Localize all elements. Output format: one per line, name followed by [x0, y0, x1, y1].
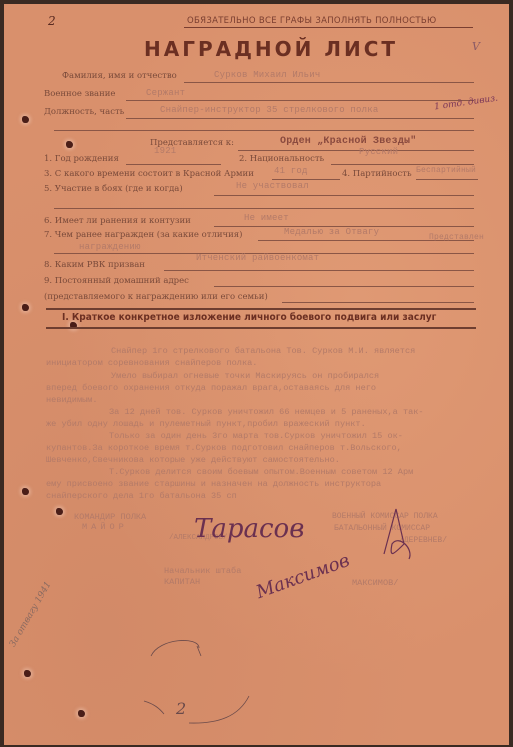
army-since-label: 3. С какого времени состоит в Красной Ар… — [44, 169, 254, 179]
party-label: 4. Партийность — [342, 169, 412, 179]
punch-hole — [22, 304, 29, 311]
commander-rank: МАЙОР — [82, 522, 128, 532]
narrative-line: За 12 дней тов. Сурков уничтожил 66 немц… — [109, 407, 424, 417]
position-handwritten-note: 1 отд. дивиз. — [434, 94, 499, 113]
punch-hole — [24, 670, 31, 677]
punch-hole — [56, 508, 63, 515]
army-since-line — [272, 179, 340, 180]
award-line — [238, 150, 474, 151]
page-number: 2 — [48, 14, 56, 28]
chief-of-staff-rank: КАПИТАН — [164, 577, 200, 587]
prior-awards-value: Медалью за Отвагу — [284, 227, 379, 237]
party-value: Беспартийный — [416, 166, 476, 175]
pencil-scribble — [139, 636, 259, 731]
prior-awards-extra: Представлен — [429, 233, 484, 242]
narrative-line: же убил одну лошадь и пулеметный пункт,п… — [46, 419, 366, 429]
army-since-value: 41 год — [274, 166, 308, 176]
position-value: Снайпер-инструктор 35 стрелкового полка — [160, 105, 378, 115]
narrative-line: вперед боевого охранения откуда поражал … — [46, 383, 376, 393]
narrative-line: Шевченко,Свечникова которые уже действую… — [46, 455, 340, 465]
address-line-2 — [282, 302, 474, 303]
narrative-line: Только за один день 3го марта тов.Сурков… — [109, 431, 403, 441]
name-label: Фамилия, имя и отчество — [62, 71, 177, 81]
prior-awards-label: 7. Чем ранее награжден (за какие отличия… — [44, 230, 242, 240]
punch-hole — [78, 710, 85, 717]
nationality-line — [331, 164, 474, 165]
chief-of-staff-signature: Максимов — [253, 550, 352, 603]
pencil-note: За отвагу 1941 — [8, 580, 54, 649]
rank-label: Военное звание — [44, 89, 115, 99]
draft-office-value: Итченский райвоенкомат — [196, 253, 319, 263]
birth-year-label: 1. Год рождения — [44, 154, 119, 164]
prior-awards-value-line2: награждению — [79, 242, 141, 252]
award-sheet: 2 ОБЯЗАТЕЛЬНО ВСЕ ГРАФЫ ЗАПОЛНЯТЬ ПОЛНОС… — [4, 4, 509, 745]
punch-hole — [22, 116, 29, 123]
nationality-value: Русский — [359, 147, 398, 157]
position-line-2 — [54, 130, 474, 131]
chief-of-staff-title: Начальник штаба — [164, 566, 241, 576]
birth-year-line — [126, 164, 221, 165]
narrative-line: невидимым. — [46, 395, 98, 405]
battles-value: Не участвовал — [236, 181, 309, 191]
address-label-2: (представляемого к награждению или его с… — [44, 292, 268, 302]
address-label: 9. Постоянный домашний адрес — [44, 276, 189, 286]
wounds-value: Не имеет — [244, 213, 289, 223]
section-title: I. Краткое конкретное изложение личного … — [62, 312, 436, 323]
commissar-signature — [374, 504, 434, 564]
commander-signature: Тарасов — [194, 514, 304, 544]
battles-label: 5. Участие в боях (где и когда) — [44, 184, 183, 194]
narrative-line: купантов.За короткое время т.Сурков подг… — [46, 443, 402, 453]
narrative-line: Умело выбирал огневые точки Маскируясь о… — [111, 371, 379, 381]
nationality-label: 2. Национальность — [239, 154, 324, 164]
section-rule-top — [46, 308, 476, 310]
commander-title: КОМАНДИР ПОЛКА — [74, 512, 146, 522]
narrative-line: снайперского дела 1го батальона 35 сп — [46, 491, 237, 501]
name-value: Сурков Михаил Ильич — [214, 70, 320, 80]
fill-notice: ОБЯЗАТЕЛЬНО ВСЕ ГРАФЫ ЗАПОЛНЯТЬ ПОЛНОСТЬ… — [187, 16, 437, 26]
position-line — [126, 118, 474, 119]
narrative-line: ему присвоено звание старшины и назначен… — [46, 479, 381, 489]
chief-of-staff-name: МАКСИМОВ/ — [352, 578, 398, 588]
address-line — [214, 286, 474, 287]
narrative-line: Снайпер 1го стрелкового батальона Тов. С… — [111, 346, 415, 356]
wounds-label: 6. Имеет ли ранения и контузии — [44, 216, 191, 226]
birth-year-value: 1921 — [154, 146, 176, 156]
rank-line — [126, 100, 474, 101]
position-label: Должность, часть — [44, 107, 124, 117]
party-line — [416, 179, 478, 180]
check-mark: V — [472, 40, 480, 53]
document-title: НАГРАДНОЙ ЛИСТ — [144, 37, 398, 61]
name-line — [184, 82, 474, 83]
bottom-scribble-digit: 2 — [176, 699, 186, 718]
draft-office-label: 8. Каким РВК призван — [44, 260, 145, 270]
punch-hole — [66, 141, 73, 148]
award-value: Орден „Красной Звезды" — [280, 136, 416, 147]
section-rule-bottom — [46, 327, 476, 329]
narrative-line: Т.Сурков делится своим боевым опытом.Вое… — [109, 467, 413, 477]
draft-office-line — [164, 270, 474, 271]
battles-line-2 — [54, 208, 474, 209]
punch-hole — [22, 488, 29, 495]
narrative-line: инициатором соревнования снайперов полка… — [46, 358, 257, 368]
notice-underline — [184, 27, 473, 28]
battles-line — [214, 195, 474, 196]
rank-value: Сержант — [146, 88, 185, 98]
